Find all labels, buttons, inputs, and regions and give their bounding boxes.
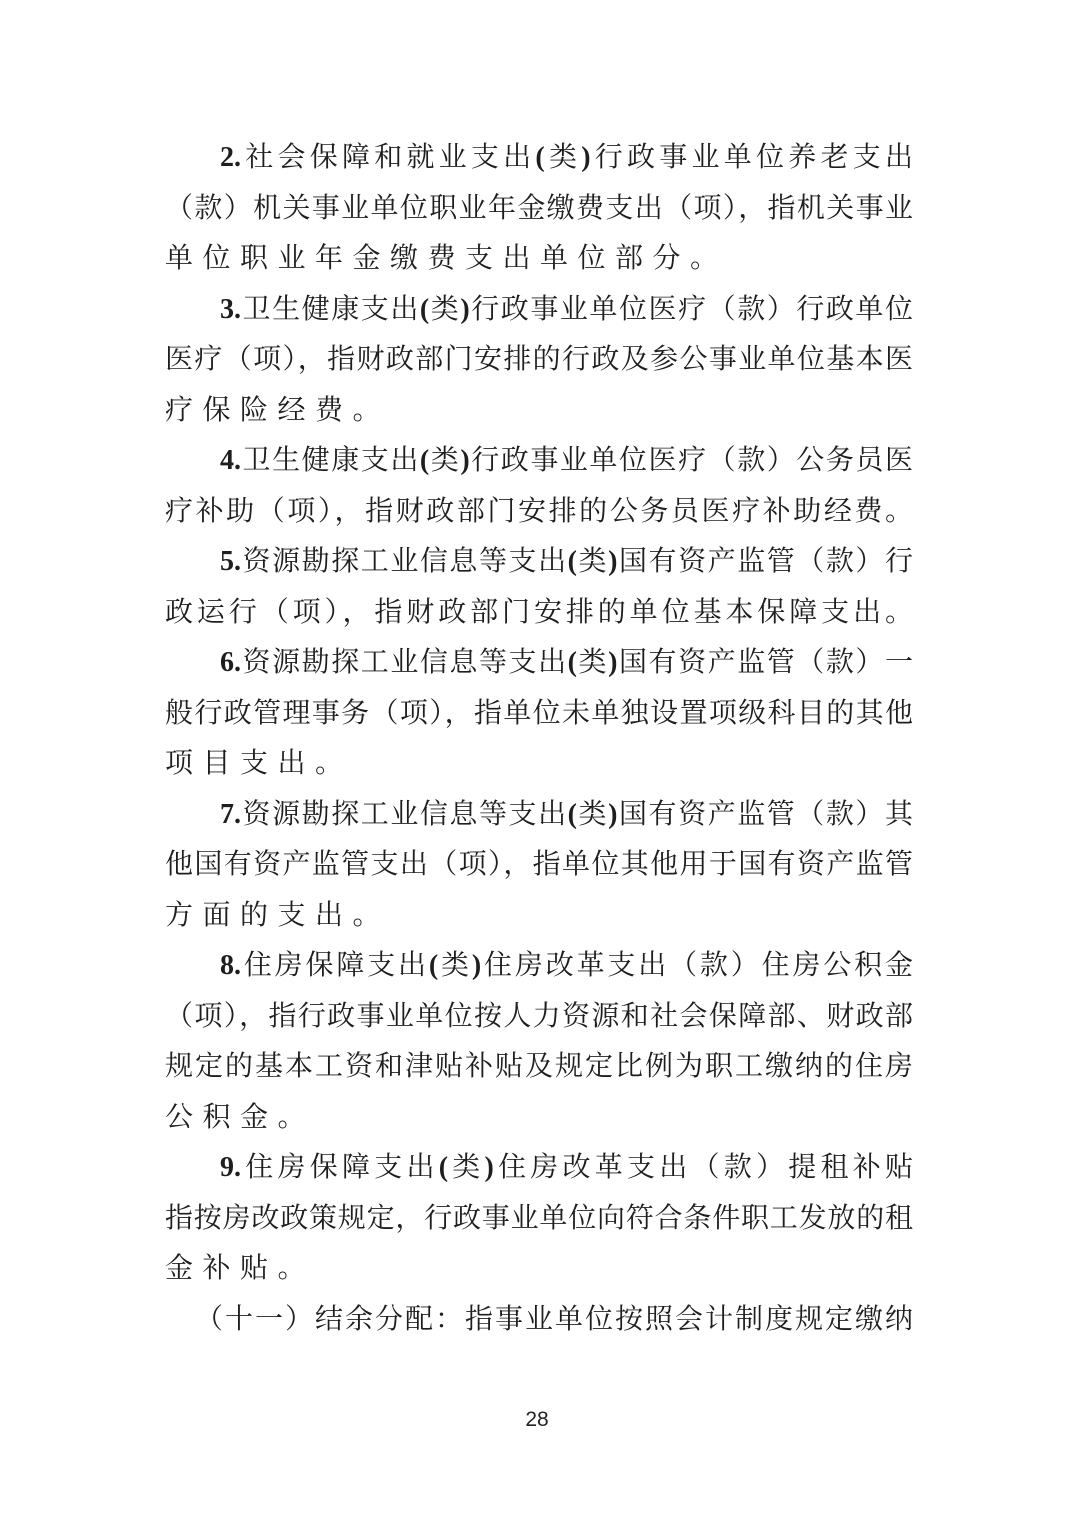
paragraph-line: 8.住房保障支出(类)住房改革支出（款）住房公积金 bbox=[165, 941, 913, 992]
paragraph-line: 般行政管理事务（项），指单位未单独设置项级科目的其他 bbox=[165, 689, 913, 740]
latin-run: ) bbox=[472, 950, 481, 981]
page-number: 28 bbox=[0, 1408, 1074, 1432]
paragraph-line: 他国有资产监管支出（项），指单位其他用于国有资产监管 bbox=[165, 840, 913, 891]
paragraph-line: 单位职业年金缴费支出单位部分。 bbox=[165, 234, 913, 285]
latin-run: ) bbox=[608, 647, 617, 678]
latin-run: 5. bbox=[220, 546, 241, 577]
document-body: 2.社会保障和就业支出(类)行政事业单位养老支出（款）机关事业单位职业年金缴费支… bbox=[165, 133, 913, 1345]
latin-run: 2. bbox=[220, 142, 241, 173]
paragraph-line: 5.资源勘探工业信息等支出(类)国有资产监管（款）行 bbox=[165, 537, 913, 588]
latin-run: ) bbox=[460, 294, 469, 325]
paragraph-line: 3.卫生健康支出(类)行政事业单位医疗（款）行政单位 bbox=[165, 285, 913, 336]
latin-run: 6. bbox=[220, 647, 241, 678]
latin-run: ( bbox=[568, 647, 577, 678]
paragraph-line: （款）机关事业单位职业年金缴费支出（项），指机关事业 bbox=[165, 184, 913, 235]
latin-run: ( bbox=[420, 445, 429, 476]
paragraph-line: 规定的基本工资和津贴补贴及规定比例为职工缴纳的住房 bbox=[165, 1042, 913, 1093]
latin-run: ( bbox=[568, 546, 577, 577]
document-page: 2.社会保障和就业支出(类)行政事业单位养老支出（款）机关事业单位职业年金缴费支… bbox=[0, 0, 1074, 1520]
paragraph-line: 指按房改政策规定，行政事业单位向符合条件职工发放的租 bbox=[165, 1194, 913, 1245]
latin-run: 9. bbox=[220, 1152, 241, 1183]
paragraph-line: 公积金。 bbox=[165, 1093, 913, 1144]
paragraph-line: 7.资源勘探工业信息等支出(类)国有资产监管（款）其 bbox=[165, 790, 913, 841]
latin-run: ) bbox=[608, 546, 617, 577]
latin-run: ( bbox=[568, 799, 577, 830]
paragraph-line: （项），指行政事业单位按人力资源和社会保障部、财政部 bbox=[165, 992, 913, 1043]
latin-run: ) bbox=[460, 445, 469, 476]
paragraph-line: 疗补助（项），指财政部门安排的公务员医疗补助经费。 bbox=[165, 487, 913, 538]
latin-run: 7. bbox=[220, 799, 241, 830]
latin-run: 8. bbox=[220, 950, 241, 981]
latin-run: ) bbox=[485, 1152, 494, 1183]
latin-run: ( bbox=[429, 950, 438, 981]
paragraph-line: 9.住房保障支出(类)住房改革支出（款）提租补贴（项）， bbox=[165, 1143, 913, 1194]
paragraph-line: 4.卫生健康支出(类)行政事业单位医疗（款）公务员医 bbox=[165, 436, 913, 487]
paragraph-line: 6.资源勘探工业信息等支出(类)国有资产监管（款）一 bbox=[165, 638, 913, 689]
paragraph-line: 金补贴。 bbox=[165, 1244, 913, 1295]
latin-run: ( bbox=[420, 294, 429, 325]
paragraph-line: 医疗（项），指财政部门安排的行政及参公事业单位基本医 bbox=[165, 335, 913, 386]
latin-run: ( bbox=[439, 1152, 448, 1183]
latin-run: ) bbox=[608, 799, 617, 830]
paragraph-line: （十一）结余分配：指事业单位按照会计制度规定缴纳 bbox=[165, 1295, 913, 1346]
paragraph-line: 2.社会保障和就业支出(类)行政事业单位养老支出 bbox=[165, 133, 913, 184]
latin-run: ) bbox=[581, 142, 590, 173]
paragraph-line: 方面的支出。 bbox=[165, 891, 913, 942]
latin-run: 4. bbox=[220, 445, 241, 476]
paragraph-line: 政运行（项），指财政部门安排的单位基本保障支出。 bbox=[165, 588, 913, 639]
paragraph-line: 项目支出。 bbox=[165, 739, 913, 790]
paragraph-line: 疗保险经费。 bbox=[165, 386, 913, 437]
latin-run: ( bbox=[535, 142, 544, 173]
latin-run: 3. bbox=[220, 294, 241, 325]
